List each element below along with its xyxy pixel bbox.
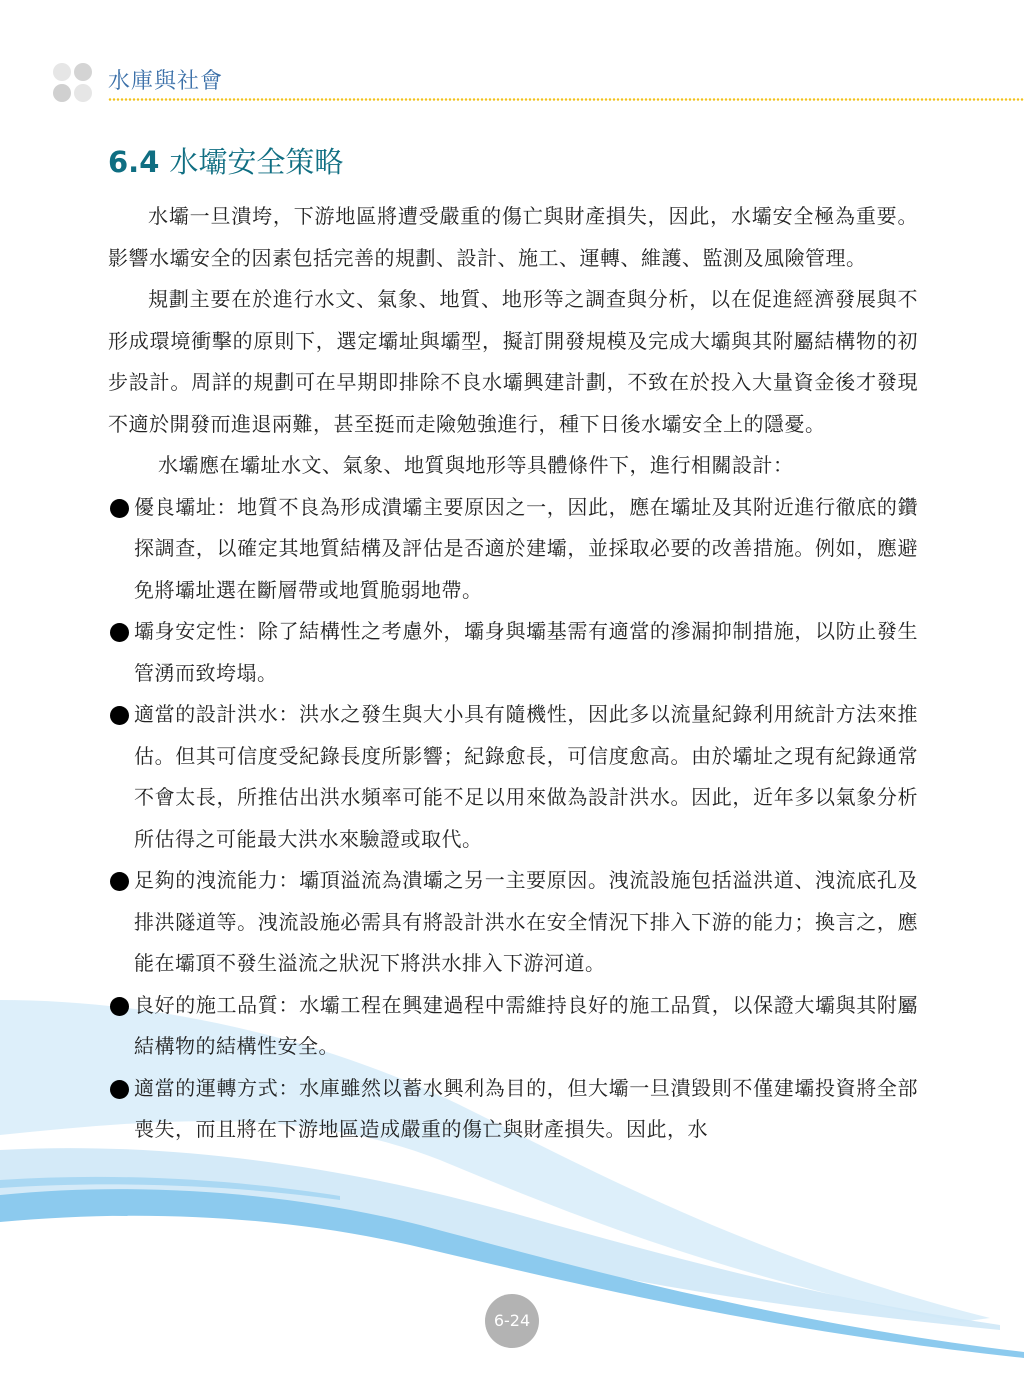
list-item: 良好的施工品質：水壩工程在興建過程中需維持良好的施工品質，以保證大壩與其附屬結構… [88,985,918,1068]
item-title: 良好的施工品質 [134,993,278,1017]
item-text: ：除了結構性之考慮外，壩身與壩基需有適當的滲漏抑制措施，以防止發生管湧而致垮塌。 [134,619,918,685]
list-item: 足夠的洩流能力：壩頂溢流為潰壩之另一主要原因。洩流設施包括溢洪道、洩流底孔及排洪… [88,860,918,985]
section-heading: 6.4水壩安全策略 [108,140,918,184]
item-title: 壩身安定性 [134,619,237,643]
circle-icon [74,63,92,81]
section-number: 6.4 [108,145,159,179]
paragraph: 規劃主要在於進行水文、氣象、地質、地形等之調查與分析，以在促進經濟發展與不形成環… [108,279,918,445]
circle-icon [53,63,71,81]
bullet-icon [110,872,129,891]
list-intro: 水壩應在壩址水文、氣象、地質與地形等具體條件下，進行相關設計： [108,445,918,487]
bullet-icon [110,997,129,1016]
circle-icon [74,84,92,102]
section-title: 水壩安全策略 [169,145,343,179]
bullet-list: 優良壩址：地質不良為形成潰壩主要原因之一，因此，應在壩址及其附近進行徹底的鑽探調… [108,487,918,1151]
bullet-icon [110,623,129,642]
bullet-icon [110,499,129,518]
circle-icon [53,84,71,102]
bullet-icon [110,706,129,725]
item-title: 適當的運轉方式 [134,1076,278,1100]
list-item: 優良壩址：地質不良為形成潰壩主要原因之一，因此，應在壩址及其附近進行徹底的鑽探調… [88,487,918,612]
list-item: 壩身安定性：除了結構性之考慮外，壩身與壩基需有適當的滲漏抑制措施，以防止發生管湧… [88,611,918,694]
list-item: 適當的設計洪水：洪水之發生與大小具有隨機性，因此多以流量紀錄利用統計方法來推估。… [88,694,918,860]
running-header: 水庫與社會 [52,62,1024,102]
bullet-icon [110,1080,129,1099]
paragraph: 水壩一旦潰垮，下游地區將遭受嚴重的傷亡與財產損失，因此，水壩安全極為重要。影響水… [108,196,918,279]
dotted-divider [108,98,1024,101]
page-content: 6.4水壩安全策略 水壩一旦潰垮，下游地區將遭受嚴重的傷亡與財產損失，因此，水壩… [108,140,918,1151]
four-circles-icon [52,62,96,102]
item-text: ：地質不良為形成潰壩主要原因之一，因此，應在壩址及其附近進行徹底的鑽探調查，以確… [134,495,918,602]
page-number-badge: 6-24 [485,1294,539,1348]
item-title: 優良壩址 [134,495,217,519]
list-item: 適當的運轉方式：水庫雖然以蓄水興利為目的，但大壩一旦潰毀則不僅建壩投資將全部喪失… [88,1068,918,1151]
item-title: 足夠的洩流能力 [134,868,278,892]
item-title: 適當的設計洪水 [134,702,278,726]
chapter-title: 水庫與社會 [108,64,223,95]
